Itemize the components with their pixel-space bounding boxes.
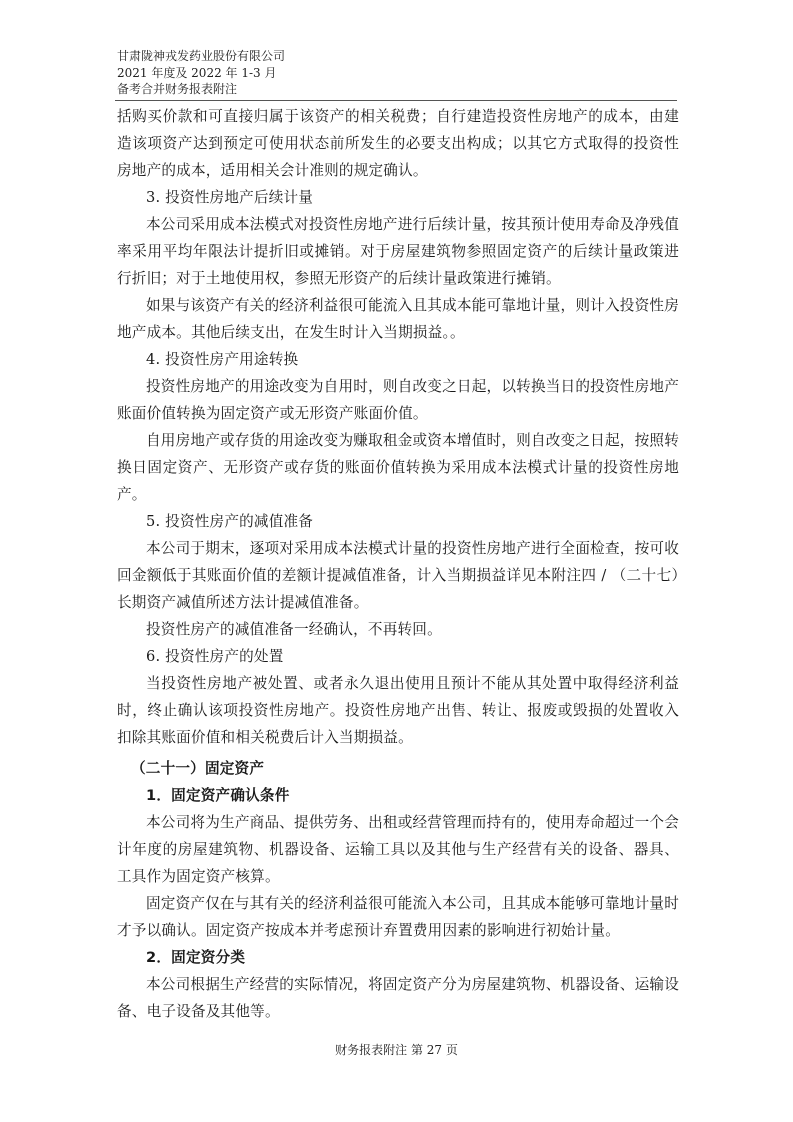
subsection-fa1-title: 1．固定资产确认条件 [117,782,679,809]
paragraph: 投资性房地产的用途改变为自用时，则自改变之日起，以转换当日的投资性房地产账面价值… [117,373,679,427]
paragraph: 本公司采用成本法模式对投资性房地产进行后续计量，按其预计使用寿命及净残值率采用平… [117,211,679,292]
paragraph: 如果与该资产有关的经济利益很可能流入且其成本能可靠地计量，则计入投资性房地产成本… [117,292,679,346]
header-company: 甘肃陇神戎发药业股份有限公司 [117,48,677,65]
paragraph: 固定资产仅在与其有关的经济利益很可能流入本公司，且其成本能够可靠地计量时才予以确… [117,890,679,944]
page-footer: 财务报表附注 第 27 页 [0,1041,793,1058]
paragraph: 本公司于期末，逐项对采用成本法模式计量的投资性房地产进行全面检查，按可收回金额低… [117,535,679,616]
subsection-3-title: 3. 投资性房地产后续计量 [117,184,679,211]
paragraph-continued: 括购买价款和可直接归属于该资产的相关税费；自行建造投资性房地产的成本，由建造该项… [117,103,679,184]
paragraph: 自用房地产或存货的用途改变为赚取租金或资本增值时，则自改变之日起，按照转换日固定… [117,427,679,508]
subsection-6-title: 6. 投资性房产的处置 [117,643,679,670]
section-heading-fixed-assets: （二十一）固定资产 [117,755,679,782]
header-period: 2021 年度及 2022 年 1-3 月 [117,65,677,82]
paragraph: 当投资性房地产被处置、或者永久退出使用且预计不能从其处置中取得经济利益时，终止确… [117,670,679,751]
paragraph: 本公司根据生产经营的实际情况，将固定资产分为房屋建筑物、机器设备、运输设备、电子… [117,971,679,1025]
page-header: 甘肃陇神戎发药业股份有限公司 2021 年度及 2022 年 1-3 月 备考合… [117,48,677,98]
subsection-4-title: 4. 投资性房产用途转换 [117,346,679,373]
paragraph: 投资性房产的减值准备一经确认，不再转回。 [117,616,679,643]
header-doc-title: 备考合并财务报表附注 [117,81,677,98]
subsection-5-title: 5. 投资性房产的减值准备 [117,508,679,535]
subsection-fa2-title: 2．固定资分类 [117,944,679,971]
document-body: 括购买价款和可直接归属于该资产的相关税费；自行建造投资性房地产的成本，由建造该项… [117,103,679,1025]
header-divider [115,100,677,101]
paragraph: 本公司将为生产商品、提供劳务、出租或经营管理而持有的，使用寿命超过一个会计年度的… [117,809,679,890]
